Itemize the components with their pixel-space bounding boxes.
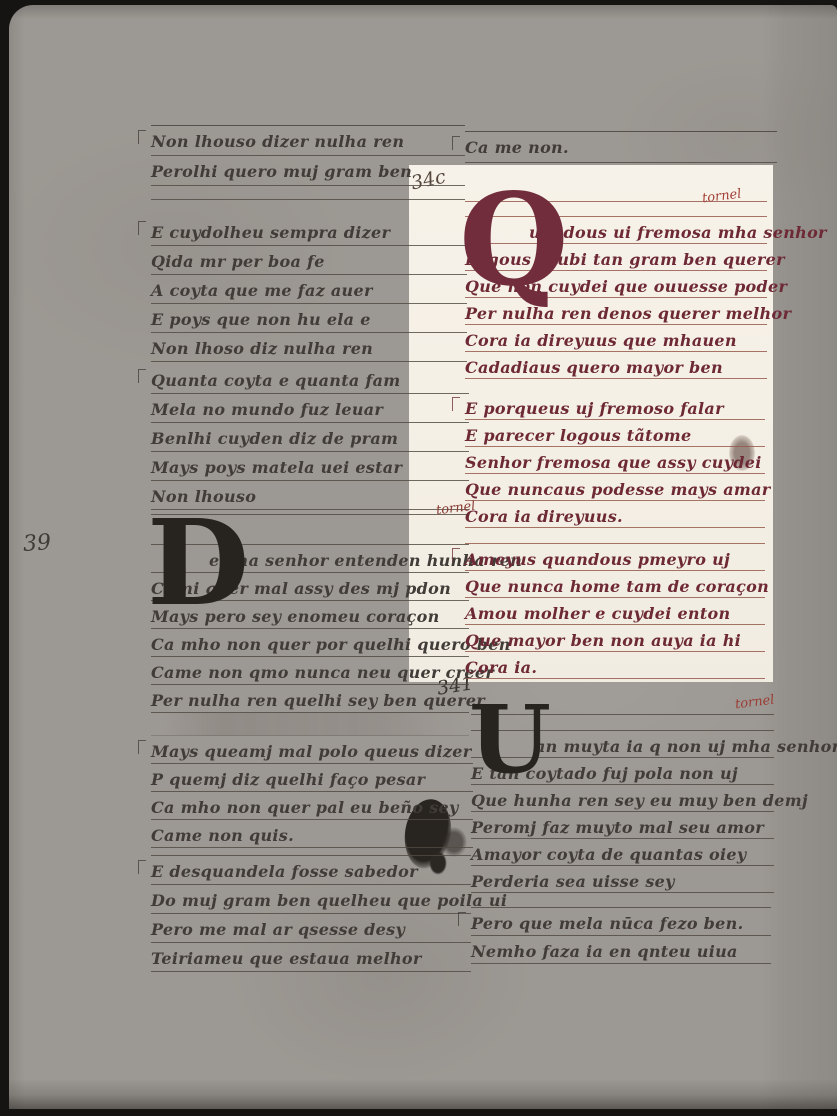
ruled-line <box>465 535 765 544</box>
verse-line: Quanta coyta e quanta fam <box>151 365 469 394</box>
illuminated-initial-U: U <box>469 701 551 781</box>
verse-line: Cora ia direyuus. <box>465 501 765 528</box>
stanza-r0: Ca me non. <box>465 131 777 163</box>
stanza-rh2: E porqueus uj fremoso falarE parecer log… <box>465 393 765 528</box>
stanza-l2: E cuydolheu sempra dizerQida mr per boa … <box>151 217 467 362</box>
stanza-rh3: Ameyus quandous pmeyro ujQue nunca home … <box>465 535 765 679</box>
verse-line: Perderia sea uisse sey <box>471 866 774 893</box>
verse-line: E porqueus uj fremoso falar <box>465 393 765 420</box>
verse-line: Senhor fremosa que assy cuydei <box>465 447 765 474</box>
manuscript-photo: { "page": { "folio_number": "39", "margi… <box>0 0 837 1116</box>
verse-line: Came non qmo nunca neu quer creer <box>151 657 469 685</box>
stanza-l5: Mays queamj mal polo queus dizerP quemj … <box>151 736 473 848</box>
ruled-line <box>151 845 471 856</box>
verse-line: Nemho faza ia en qnteu uiua <box>471 936 771 964</box>
verse-line: Non lhouso dizer nulha ren <box>151 126 465 156</box>
verse-line: Pero me mal ar qsesse desy <box>151 914 471 943</box>
stanza-l4: Demha senhor entenden hunha renCumi quer… <box>151 509 469 736</box>
verse-line: Mays poys matela uei estar <box>151 452 469 481</box>
stanza-r5: Pero que mela nūca fezo ben.Nemho faza i… <box>471 899 771 964</box>
verse-line: Que mayor ben non auya ia hi <box>465 625 765 652</box>
verse-line: Per nulha ren quelhi sey ben querer <box>151 685 469 713</box>
illuminated-initial-D: D <box>147 513 249 613</box>
verse-line: Que nunca home tam de coraçon <box>465 571 765 598</box>
verse-line: Do muj gram ben quelheu que poila ui <box>151 885 471 914</box>
stanza-rh1: Quandous ui fremosa mha senhorLogous sou… <box>465 187 767 379</box>
verse-line: E parecer logous tãtome <box>465 420 765 447</box>
verse-line: Cora ia direyuus que mhauen <box>465 325 767 352</box>
verse-line: A coyta que me faz auer <box>151 275 467 304</box>
verse-line: Teiriameu que estaua melhor <box>151 943 471 972</box>
folio-number: 39 <box>22 530 52 557</box>
verse-line: Qida mr per boa fe <box>151 246 467 275</box>
verse-line: Cadadiaus quero mayor ben <box>465 352 767 379</box>
verse-line: Ameyus quandous pmeyro uj <box>465 544 765 571</box>
verse-line: Ca mho non quer por quelhi quero ben <box>151 629 469 657</box>
stanza-r4: Uan muyta ia q non uj mha senhorE tan co… <box>471 699 774 893</box>
verse-line: Perolhi quero muj gram ben <box>151 156 465 186</box>
verse-line: Cora ia. <box>465 652 765 679</box>
ruled-line <box>471 899 771 908</box>
stanza-l1: Non lhouso dizer nulha renPerolhi quero … <box>151 125 465 200</box>
verse-line: Ca me non. <box>465 132 777 163</box>
verse-line: Non lhoso diz nulha ren <box>151 333 467 362</box>
verse-line: Came non quis. <box>151 820 473 848</box>
verse-line: Amou molher e cuydei enton <box>465 598 765 625</box>
verse-line: Mays queamj mal polo queus dizer <box>151 736 473 764</box>
verse-line: Benlhi cuyden diz de pram <box>151 423 469 452</box>
ruled-line <box>151 186 465 200</box>
verse-line: P quemj diz quelhi faço pesar <box>151 764 473 792</box>
verse-line: Amayor coyta de quantas oiey <box>471 839 774 866</box>
illuminated-initial-Q: Q <box>459 187 569 294</box>
verse-line: E desquandela fosse sabedor <box>151 856 471 885</box>
verse-line: Que nuncaus podesse mays amar <box>465 474 765 501</box>
stanza-l6: E desquandela fosse sabedorDo muj gram b… <box>151 845 471 972</box>
manuscript-page: 39 34c 341 Non lhouso dizer nulha renPer… <box>9 5 837 1109</box>
verse-line: E cuydolheu sempra dizer <box>151 217 467 246</box>
verse-line: E poys que non hu ela e <box>151 304 467 333</box>
verse-line: Pero que mela nūca fezo ben. <box>471 908 771 936</box>
verse-line: Ca mho non quer pal eu beño sey <box>151 792 473 820</box>
stanza-l3: Quanta coyta e quanta famMela no mundo f… <box>151 365 469 510</box>
erased-line <box>151 713 469 736</box>
verse-line: Mela no mundo fuz leuar <box>151 394 469 423</box>
verse-line: Peromj faz muyto mal seu amor <box>471 812 774 839</box>
